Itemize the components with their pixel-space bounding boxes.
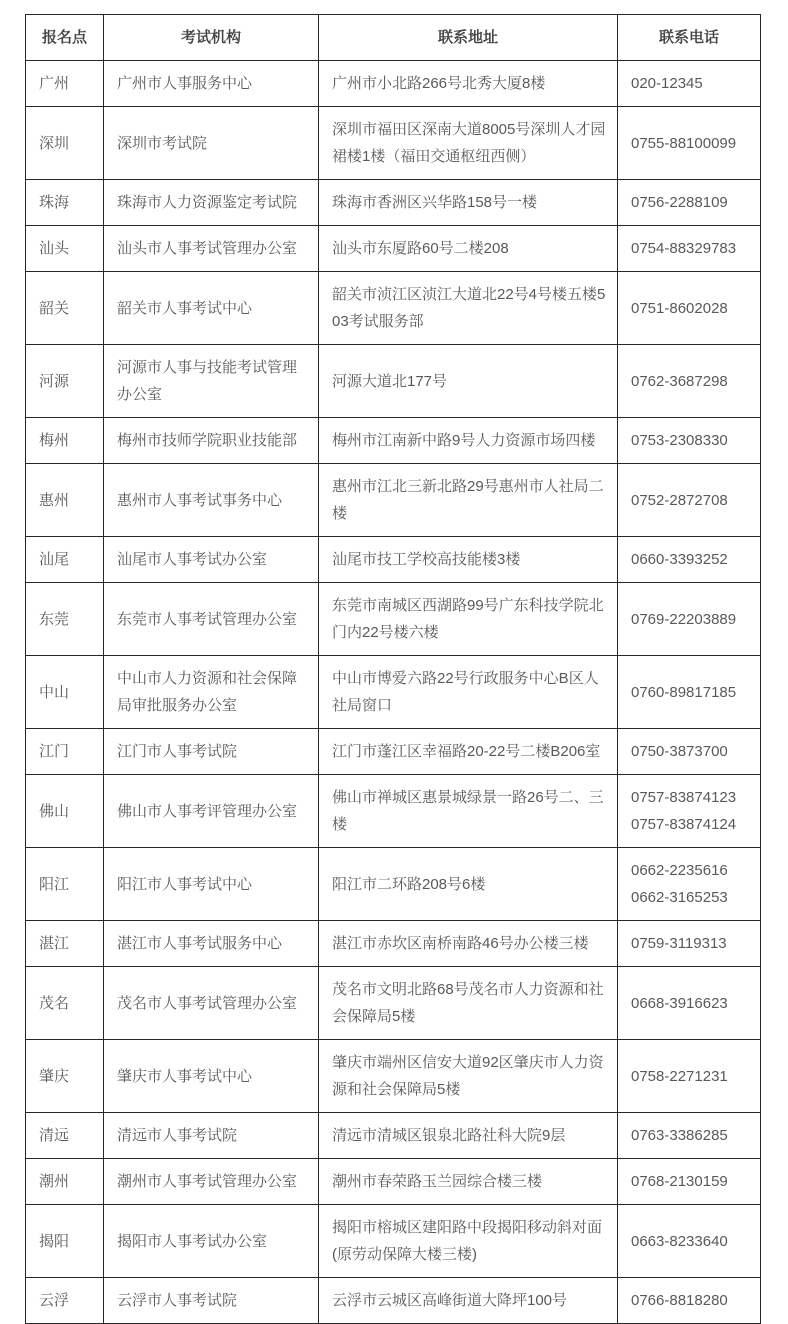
address-cell: 云浮市云城区高峰街道大降坪100号: [319, 1278, 618, 1324]
table-row: 东莞 东莞市人事考试管理办公室 东莞市南城区西湖路99号广东科技学院北门内22号…: [26, 583, 761, 656]
city-cell: 韶关: [26, 272, 104, 345]
address-cell: 清远市清城区银泉北路社科大院9层: [319, 1113, 618, 1159]
city-cell: 珠海: [26, 180, 104, 226]
city-cell: 茂名: [26, 967, 104, 1040]
table-row: 惠州 惠州市人事考试事务中心 惠州市江北三新北路29号惠州市人社局二楼 0752…: [26, 464, 761, 537]
header-contact-phone: 联系电话: [618, 15, 761, 61]
address-cell: 佛山市禅城区惠景城绿景一路26号二、三楼: [319, 775, 618, 848]
address-cell: 江门市蓬江区幸福路20-22号二楼B206室: [319, 729, 618, 775]
table-row: 清远 清远市人事考试院 清远市清城区银泉北路社科大院9层 0763-338628…: [26, 1113, 761, 1159]
header-contact-address: 联系地址: [319, 15, 618, 61]
phone-cell: 0757-838741230757-83874124: [618, 775, 761, 848]
org-cell: 潮州市人事考试管理办公室: [104, 1159, 319, 1205]
phone-cell: 0762-3687298: [618, 345, 761, 418]
phone-cell: 0766-8818280: [618, 1278, 761, 1324]
table-row: 佛山 佛山市人事考评管理办公室 佛山市禅城区惠景城绿景一路26号二、三楼 075…: [26, 775, 761, 848]
org-cell: 肇庆市人事考试中心: [104, 1040, 319, 1113]
org-cell: 江门市人事考试院: [104, 729, 319, 775]
table-row: 肇庆 肇庆市人事考试中心 肇庆市端州区信安大道92区肇庆市人力资源和社会保障局5…: [26, 1040, 761, 1113]
city-cell: 肇庆: [26, 1040, 104, 1113]
address-cell: 珠海市香洲区兴华路158号一楼: [319, 180, 618, 226]
address-cell: 中山市博爱六路22号行政服务中心B区人社局窗口: [319, 656, 618, 729]
phone-cell: 0660-3393252: [618, 537, 761, 583]
phone-number: 0757-83874123: [631, 784, 750, 811]
phone-cell: 0668-3916623: [618, 967, 761, 1040]
org-cell: 汕尾市人事考试办公室: [104, 537, 319, 583]
city-cell: 阳江: [26, 848, 104, 921]
org-cell: 湛江市人事考试服务中心: [104, 921, 319, 967]
phone-cell: 0754-88329783: [618, 226, 761, 272]
table-row: 茂名 茂名市人事考试管理办公室 茂名市文明北路68号茂名市人力资源和社会保障局5…: [26, 967, 761, 1040]
table-row: 阳江 阳江市人事考试中心 阳江市二环路208号6楼 0662-223561606…: [26, 848, 761, 921]
address-cell: 广州市小北路266号北秀大厦8楼: [319, 61, 618, 107]
phone-number: 0759-3119313: [631, 930, 750, 957]
org-cell: 惠州市人事考试事务中心: [104, 464, 319, 537]
table-row: 揭阳 揭阳市人事考试办公室 揭阳市榕城区建阳路中段揭阳移动斜对面(原劳动保障大楼…: [26, 1205, 761, 1278]
table-row: 韶关 韶关市人事考试中心 韶关市浈江区浈江大道北22号4号楼五楼503考试服务部…: [26, 272, 761, 345]
address-cell: 揭阳市榕城区建阳路中段揭阳移动斜对面(原劳动保障大楼三楼): [319, 1205, 618, 1278]
address-cell: 阳江市二环路208号6楼: [319, 848, 618, 921]
table-row: 梅州 梅州市技师学院职业技能部 梅州市江南新中路9号人力资源市场四楼 0753-…: [26, 418, 761, 464]
phone-number: 0660-3393252: [631, 546, 750, 573]
phone-number: 0766-8818280: [631, 1287, 750, 1314]
phone-number: 0754-88329783: [631, 235, 750, 262]
org-cell: 深圳市考试院: [104, 107, 319, 180]
city-cell: 湛江: [26, 921, 104, 967]
phone-cell: 0758-2271231: [618, 1040, 761, 1113]
org-cell: 中山市人力资源和社会保障局审批服务办公室: [104, 656, 319, 729]
phone-number: 0662-2235616: [631, 857, 750, 884]
phone-number: 0755-88100099: [631, 130, 750, 157]
table-body: 广州 广州市人事服务中心 广州市小北路266号北秀大厦8楼 020-12345 …: [26, 61, 761, 1324]
address-cell: 潮州市春荣路玉兰园综合楼三楼: [319, 1159, 618, 1205]
phone-number: 0751-8602028: [631, 295, 750, 322]
phone-cell: 0663-8233640: [618, 1205, 761, 1278]
phone-number: 0768-2130159: [631, 1168, 750, 1195]
phone-cell: 0751-8602028: [618, 272, 761, 345]
phone-cell: 0763-3386285: [618, 1113, 761, 1159]
page: 报名点 考试机构 联系地址 联系电话 广州 广州市人事服务中心 广州市小北路26…: [0, 0, 788, 1324]
phone-number: 0756-2288109: [631, 189, 750, 216]
header-registration-point: 报名点: [26, 15, 104, 61]
phone-cell: 0662-22356160662-3165253: [618, 848, 761, 921]
phone-number: 0760-89817185: [631, 679, 750, 706]
org-cell: 茂名市人事考试管理办公室: [104, 967, 319, 1040]
phone-number: 0763-3386285: [631, 1122, 750, 1149]
address-cell: 韶关市浈江区浈江大道北22号4号楼五楼503考试服务部: [319, 272, 618, 345]
org-cell: 佛山市人事考评管理办公室: [104, 775, 319, 848]
city-cell: 揭阳: [26, 1205, 104, 1278]
phone-number: 0668-3916623: [631, 990, 750, 1017]
org-cell: 东莞市人事考试管理办公室: [104, 583, 319, 656]
org-cell: 清远市人事考试院: [104, 1113, 319, 1159]
address-cell: 惠州市江北三新北路29号惠州市人社局二楼: [319, 464, 618, 537]
city-cell: 汕头: [26, 226, 104, 272]
header-row: 报名点 考试机构 联系地址 联系电话: [26, 15, 761, 61]
phone-cell: 0755-88100099: [618, 107, 761, 180]
phone-number: 0762-3687298: [631, 368, 750, 395]
phone-cell: 0750-3873700: [618, 729, 761, 775]
table-row: 广州 广州市人事服务中心 广州市小北路266号北秀大厦8楼 020-12345: [26, 61, 761, 107]
city-cell: 潮州: [26, 1159, 104, 1205]
address-cell: 深圳市福田区深南大道8005号深圳人才园裙楼1楼（福田交通枢纽西侧）: [319, 107, 618, 180]
table-row: 潮州 潮州市人事考试管理办公室 潮州市春荣路玉兰园综合楼三楼 0768-2130…: [26, 1159, 761, 1205]
table-row: 江门 江门市人事考试院 江门市蓬江区幸福路20-22号二楼B206室 0750-…: [26, 729, 761, 775]
header-exam-institution: 考试机构: [104, 15, 319, 61]
city-cell: 佛山: [26, 775, 104, 848]
phone-cell: 0760-89817185: [618, 656, 761, 729]
table-row: 珠海 珠海市人力资源鉴定考试院 珠海市香洲区兴华路158号一楼 0756-228…: [26, 180, 761, 226]
phone-number: 0753-2308330: [631, 427, 750, 454]
phone-number: 0663-8233640: [631, 1228, 750, 1255]
table-row: 湛江 湛江市人事考试服务中心 湛江市赤坎区南桥南路46号办公楼三楼 0759-3…: [26, 921, 761, 967]
city-cell: 河源: [26, 345, 104, 418]
phone-cell: 0753-2308330: [618, 418, 761, 464]
phone-number: 0757-83874124: [631, 811, 750, 838]
address-cell: 东莞市南城区西湖路99号广东科技学院北门内22号楼六楼: [319, 583, 618, 656]
table-row: 汕尾 汕尾市人事考试办公室 汕尾市技工学校高技能楼3楼 0660-3393252: [26, 537, 761, 583]
org-cell: 梅州市技师学院职业技能部: [104, 418, 319, 464]
table-header: 报名点 考试机构 联系地址 联系电话: [26, 15, 761, 61]
phone-number: 0758-2271231: [631, 1063, 750, 1090]
org-cell: 揭阳市人事考试办公室: [104, 1205, 319, 1278]
table-row: 云浮 云浮市人事考试院 云浮市云城区高峰街道大降坪100号 0766-88182…: [26, 1278, 761, 1324]
address-cell: 肇庆市端州区信安大道92区肇庆市人力资源和社会保障局5楼: [319, 1040, 618, 1113]
city-cell: 中山: [26, 656, 104, 729]
address-cell: 湛江市赤坎区南桥南路46号办公楼三楼: [319, 921, 618, 967]
city-cell: 江门: [26, 729, 104, 775]
phone-cell: 0768-2130159: [618, 1159, 761, 1205]
org-cell: 珠海市人力资源鉴定考试院: [104, 180, 319, 226]
city-cell: 汕尾: [26, 537, 104, 583]
city-cell: 深圳: [26, 107, 104, 180]
city-cell: 梅州: [26, 418, 104, 464]
address-cell: 梅州市江南新中路9号人力资源市场四楼: [319, 418, 618, 464]
exam-contact-table: 报名点 考试机构 联系地址 联系电话 广州 广州市人事服务中心 广州市小北路26…: [25, 14, 761, 1324]
table-row: 中山 中山市人力资源和社会保障局审批服务办公室 中山市博爱六路22号行政服务中心…: [26, 656, 761, 729]
phone-cell: 0769-22203889: [618, 583, 761, 656]
city-cell: 云浮: [26, 1278, 104, 1324]
table-row: 河源 河源市人事与技能考试管理办公室 河源大道北177号 0762-368729…: [26, 345, 761, 418]
phone-number: 0662-3165253: [631, 884, 750, 911]
org-cell: 汕头市人事考试管理办公室: [104, 226, 319, 272]
city-cell: 广州: [26, 61, 104, 107]
org-cell: 广州市人事服务中心: [104, 61, 319, 107]
phone-number: 0769-22203889: [631, 606, 750, 633]
phone-cell: 020-12345: [618, 61, 761, 107]
phone-cell: 0752-2872708: [618, 464, 761, 537]
phone-cell: 0756-2288109: [618, 180, 761, 226]
phone-number: 020-12345: [631, 70, 750, 97]
org-cell: 河源市人事与技能考试管理办公室: [104, 345, 319, 418]
org-cell: 云浮市人事考试院: [104, 1278, 319, 1324]
phone-number: 0752-2872708: [631, 487, 750, 514]
table-row: 汕头 汕头市人事考试管理办公室 汕头市东厦路60号二楼208 0754-8832…: [26, 226, 761, 272]
table-row: 深圳 深圳市考试院 深圳市福田区深南大道8005号深圳人才园裙楼1楼（福田交通枢…: [26, 107, 761, 180]
address-cell: 河源大道北177号: [319, 345, 618, 418]
city-cell: 惠州: [26, 464, 104, 537]
address-cell: 汕尾市技工学校高技能楼3楼: [319, 537, 618, 583]
phone-cell: 0759-3119313: [618, 921, 761, 967]
address-cell: 茂名市文明北路68号茂名市人力资源和社会保障局5楼: [319, 967, 618, 1040]
city-cell: 东莞: [26, 583, 104, 656]
org-cell: 阳江市人事考试中心: [104, 848, 319, 921]
phone-number: 0750-3873700: [631, 738, 750, 765]
address-cell: 汕头市东厦路60号二楼208: [319, 226, 618, 272]
city-cell: 清远: [26, 1113, 104, 1159]
org-cell: 韶关市人事考试中心: [104, 272, 319, 345]
